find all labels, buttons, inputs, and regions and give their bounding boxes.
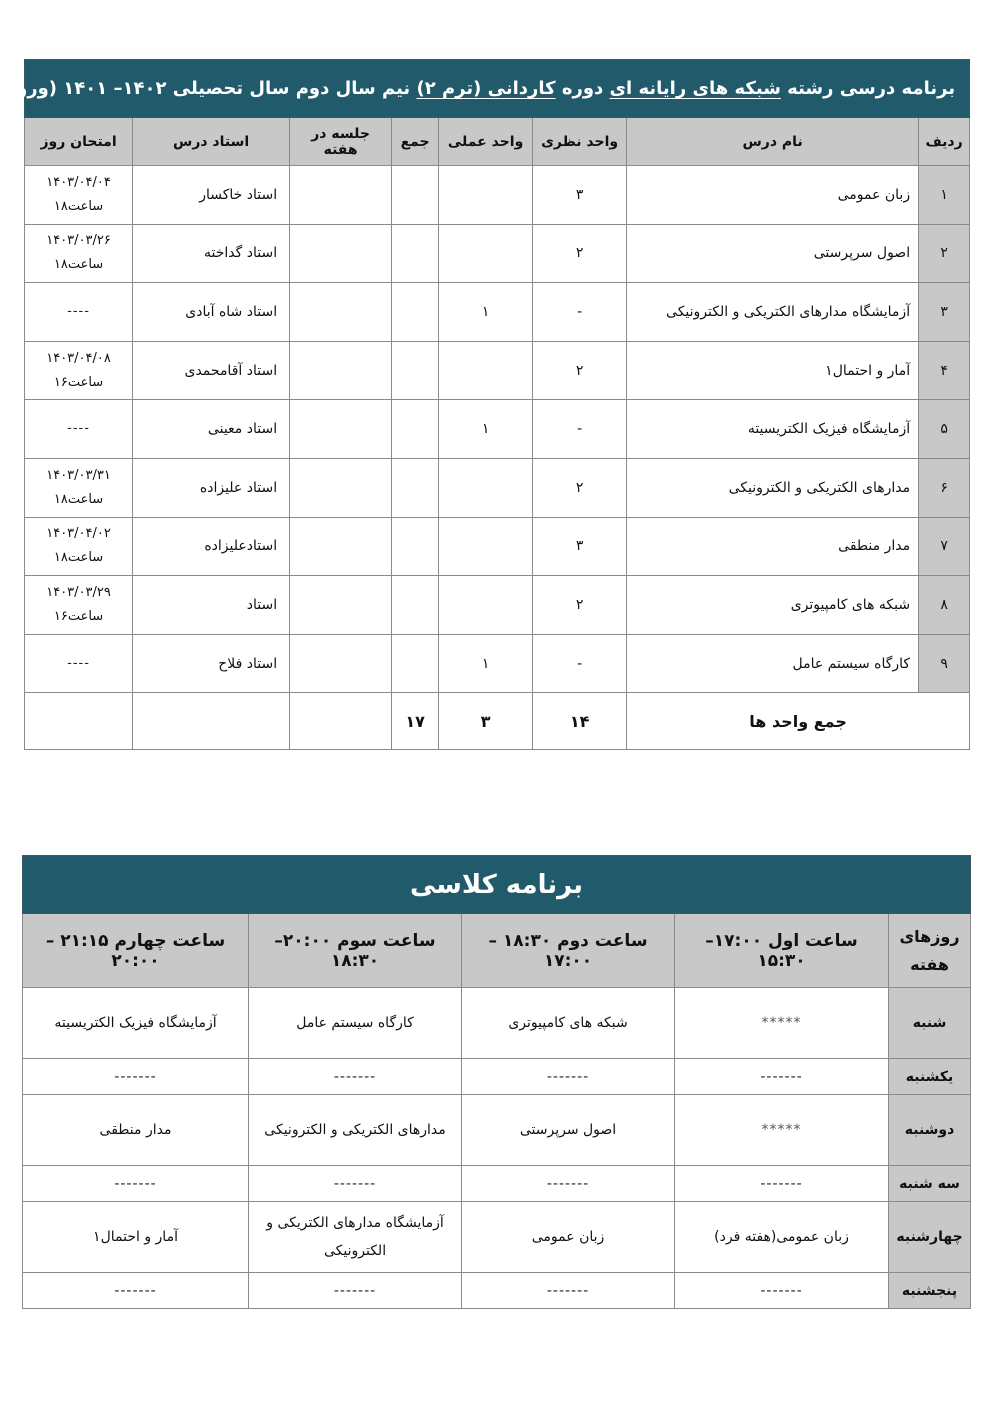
slot-cell: مدار منطقی	[23, 1095, 249, 1166]
exam-cell: ۱۴۰۳/۰۳/۲۹ساعت۱۶	[25, 576, 133, 635]
exam-date: ۱۴۰۳/۰۴/۰۴	[31, 171, 126, 195]
exam-date: ----	[31, 300, 126, 324]
sessions-per-week	[290, 400, 392, 459]
row-number: ۴	[919, 341, 970, 400]
header-theory-units: واحد نظری	[533, 118, 627, 166]
row-number: ۲	[919, 224, 970, 283]
practical-units	[439, 341, 533, 400]
exam-time: ساعت۱۸	[31, 546, 126, 570]
sessions-per-week	[290, 634, 392, 693]
row-number: ۸	[919, 576, 970, 635]
theory-units: ۲	[533, 576, 627, 635]
exam-time: ساعت۱۸	[31, 253, 126, 277]
header-slot-2: ساعت دوم ۱۸:۳۰ – ۱۷:۰۰	[462, 914, 675, 988]
row-number: ۵	[919, 400, 970, 459]
teacher-name: استاد معینی	[133, 400, 290, 459]
practical-units: ۱	[439, 634, 533, 693]
course-row: ۴ آمار و احتمال۱ ۲ استاد آقامحمدی ۱۴۰۳/۰…	[25, 341, 970, 400]
exam-date: ----	[31, 417, 126, 441]
course-name: مدار منطقی	[627, 517, 919, 576]
total-units	[392, 517, 439, 576]
teacher-name: استاد خاکسار	[133, 166, 290, 225]
practical-units	[439, 224, 533, 283]
course-row: ۱ زبان عمومی ۳ استاد خاکسار ۱۴۰۳/۰۴/۰۴سا…	[25, 166, 970, 225]
exam-cell: ۱۴۰۳/۰۴/۰۸ساعت۱۶	[25, 341, 133, 400]
course-row: ۲ اصول سرپرستی ۲ استاد گداخته ۱۴۰۳/۰۳/۲۶…	[25, 224, 970, 283]
course-name: کارگاه سیستم عامل	[627, 634, 919, 693]
course-row: ۶ مدارهای الکتریکی و الکترونیکی ۲ استاد …	[25, 458, 970, 517]
exam-time: ساعت۱۸	[31, 195, 126, 219]
slot-cell: -------	[249, 1166, 462, 1202]
theory-units: ۳	[533, 166, 627, 225]
slot-cell: شبکه های کامپیوتری	[462, 988, 675, 1059]
slot-cell: زبان عمومی	[462, 1202, 675, 1273]
exam-cell: ۱۴۰۳/۰۳/۲۶ساعت۱۸	[25, 224, 133, 283]
slot-cell: -------	[249, 1059, 462, 1095]
theory-units: ۲	[533, 224, 627, 283]
course-name: آزمایشگاه فیزیک الکتریسیته	[627, 400, 919, 459]
curriculum-title: برنامه درسی رشته شبکه های رایانه ای دوره…	[25, 60, 970, 118]
practical-units	[439, 458, 533, 517]
teacher-name: استادعلیزاده	[133, 517, 290, 576]
exam-date: ۱۴۰۳/۰۳/۳۱	[31, 464, 126, 488]
exam-cell: ۱۴۰۳/۰۳/۳۱ساعت۱۸	[25, 458, 133, 517]
theory-units: -	[533, 634, 627, 693]
course-row: ۹ کارگاه سیستم عامل - ۱ استاد فلاح ----	[25, 634, 970, 693]
slot-cell: -------	[462, 1166, 675, 1202]
exam-time: ساعت۱۸	[31, 488, 126, 512]
theory-units: -	[533, 400, 627, 459]
sessions-per-week	[290, 517, 392, 576]
theory-units: ۲	[533, 458, 627, 517]
total-units	[392, 400, 439, 459]
totals-row: جمع واحد ها ۱۴ ۳ ۱۷	[25, 693, 970, 750]
sessions-per-week	[290, 576, 392, 635]
header-slot-4: ساعت چهارم ۲۱:۱۵ – ۲۰:۰۰	[23, 914, 249, 988]
practical-units	[439, 576, 533, 635]
course-name: اصول سرپرستی	[627, 224, 919, 283]
slot-cell: -------	[249, 1273, 462, 1309]
course-name: زبان عمومی	[627, 166, 919, 225]
slot-cell: اصول سرپرستی	[462, 1095, 675, 1166]
total-units	[392, 166, 439, 225]
teacher-name: استاد شاه آبادی	[133, 283, 290, 342]
sessions-per-week	[290, 341, 392, 400]
day-label: دوشنبه	[889, 1095, 971, 1166]
header-sessions: جلسه در هفته	[290, 118, 392, 166]
teacher-name: استاد فلاح	[133, 634, 290, 693]
row-number: ۱	[919, 166, 970, 225]
slot-cell: *****	[675, 988, 889, 1059]
sessions-per-week	[290, 224, 392, 283]
theory-units: ۳	[533, 517, 627, 576]
exam-cell: ----	[25, 283, 133, 342]
header-exam: امتحان روز	[25, 118, 133, 166]
row-number: ۳	[919, 283, 970, 342]
teacher-name: استاد آقامحمدی	[133, 341, 290, 400]
totals-label: جمع واحد ها	[627, 693, 970, 750]
exam-cell: ----	[25, 400, 133, 459]
exam-cell: ۱۴۰۳/۰۴/۰۴ساعت۱۸	[25, 166, 133, 225]
exam-time: ساعت۱۶	[31, 605, 126, 629]
teacher-name: استاد گداخته	[133, 224, 290, 283]
theory-units: ۲	[533, 341, 627, 400]
schedule-row-tuesday: سه شنبه ------- ------- ------- -------	[23, 1166, 971, 1202]
course-name: مدارهای الکتریکی و الکترونیکی	[627, 458, 919, 517]
teacher-name: استاد علیزاده	[133, 458, 290, 517]
exam-date: ۱۴۰۳/۰۳/۲۶	[31, 229, 126, 253]
practical-units	[439, 517, 533, 576]
slot-cell: مدارهای الکتریکی و الکترونیکی	[249, 1095, 462, 1166]
header-practical-units: واحد عملی	[439, 118, 533, 166]
totals-total: ۱۷	[392, 693, 439, 750]
slot-cell: آزمایشگاه مدارهای الکتریکی و الکترونیکی	[249, 1202, 462, 1273]
curriculum-table: برنامه درسی رشته شبکه های رایانه ای دوره…	[24, 59, 970, 750]
course-name: آزمایشگاه مدارهای الکتریکی و الکترونیکی	[627, 283, 919, 342]
header-course-name: نام درس	[627, 118, 919, 166]
slot-cell: -------	[462, 1273, 675, 1309]
schedule-table: برنامه کلاسی روزهایهفته ساعت اول ۱۷:۰۰– …	[22, 855, 971, 1309]
sessions-per-week	[290, 458, 392, 517]
slot-cell: آزمایشگاه فیزیک الکتریسیته	[23, 988, 249, 1059]
course-row: ۳ آزمایشگاه مدارهای الکتریکی و الکترونیک…	[25, 283, 970, 342]
row-number: ۹	[919, 634, 970, 693]
exam-cell: ----	[25, 634, 133, 693]
header-weekdays: روزهایهفته	[889, 914, 971, 988]
exam-time: ساعت۱۶	[31, 371, 126, 395]
total-units	[392, 458, 439, 517]
slot-cell: -------	[675, 1059, 889, 1095]
slot-cell: زبان عمومی(هفته فرد)	[675, 1202, 889, 1273]
day-label: پنجشنبه	[889, 1273, 971, 1309]
slot-cell: کارگاه سیستم عامل	[249, 988, 462, 1059]
day-label: سه شنبه	[889, 1166, 971, 1202]
schedule-title: برنامه کلاسی	[23, 856, 971, 914]
exam-date: ۱۴۰۳/۰۴/۰۲	[31, 522, 126, 546]
header-total: جمع	[392, 118, 439, 166]
slot-cell: -------	[675, 1166, 889, 1202]
teacher-name: استاد	[133, 576, 290, 635]
slot-cell: *****	[675, 1095, 889, 1166]
course-row: ۵ آزمایشگاه فیزیک الکتریسیته - ۱ استاد م…	[25, 400, 970, 459]
row-number: ۶	[919, 458, 970, 517]
slot-cell: -------	[23, 1059, 249, 1095]
practical-units	[439, 166, 533, 225]
header-teacher: استاد درس	[133, 118, 290, 166]
slot-cell: -------	[675, 1273, 889, 1309]
exam-cell: ۱۴۰۳/۰۴/۰۲ساعت۱۸	[25, 517, 133, 576]
exam-date: ۱۴۰۳/۰۳/۲۹	[31, 581, 126, 605]
row-number: ۷	[919, 517, 970, 576]
schedule-row-monday: دوشنبه ***** اصول سرپرستی مدارهای الکتری…	[23, 1095, 971, 1166]
day-label: یکشنبه	[889, 1059, 971, 1095]
total-units	[392, 283, 439, 342]
curriculum-header-row: ردیف نام درس واحد نظری واحد عملی جمع جلس…	[25, 118, 970, 166]
header-slot-1: ساعت اول ۱۷:۰۰– ۱۵:۳۰	[675, 914, 889, 988]
slot-cell: آمار و احتمال۱	[23, 1202, 249, 1273]
schedule-row-sunday: یکشنبه ------- ------- ------- -------	[23, 1059, 971, 1095]
total-units	[392, 576, 439, 635]
day-label: چهارشنبه	[889, 1202, 971, 1273]
course-row: ۷ مدار منطقی ۳ استادعلیزاده ۱۴۰۳/۰۴/۰۲سا…	[25, 517, 970, 576]
slot-cell: -------	[462, 1059, 675, 1095]
course-name: آمار و احتمال۱	[627, 341, 919, 400]
schedule-header-row: روزهایهفته ساعت اول ۱۷:۰۰– ۱۵:۳۰ ساعت دو…	[23, 914, 971, 988]
exam-date: ----	[31, 652, 126, 676]
total-units	[392, 341, 439, 400]
header-slot-3: ساعت سوم ۲۰:۰۰– ۱۸:۳۰	[249, 914, 462, 988]
day-label: شنبه	[889, 988, 971, 1059]
course-row: ۸ شبکه های کامپیوتری ۲ استاد ۱۴۰۳/۰۳/۲۹س…	[25, 576, 970, 635]
sessions-per-week	[290, 283, 392, 342]
totals-sessions	[290, 693, 392, 750]
total-units	[392, 224, 439, 283]
totals-teacher	[133, 693, 290, 750]
theory-units: -	[533, 283, 627, 342]
header-row-number: ردیف	[919, 118, 970, 166]
exam-date: ۱۴۰۳/۰۴/۰۸	[31, 347, 126, 371]
course-name: شبکه های کامپیوتری	[627, 576, 919, 635]
schedule-row-saturday: شنبه ***** شبکه های کامپیوتری کارگاه سیس…	[23, 988, 971, 1059]
totals-theory: ۱۴	[533, 693, 627, 750]
total-units	[392, 634, 439, 693]
practical-units: ۱	[439, 283, 533, 342]
totals-exam	[25, 693, 133, 750]
slot-cell: -------	[23, 1273, 249, 1309]
sessions-per-week	[290, 166, 392, 225]
schedule-row-wednesday: چهارشنبه زبان عمومی(هفته فرد) زبان عمومی…	[23, 1202, 971, 1273]
schedule-row-thursday: پنجشنبه ------- ------- ------- -------	[23, 1273, 971, 1309]
practical-units: ۱	[439, 400, 533, 459]
totals-practical: ۳	[439, 693, 533, 750]
slot-cell: -------	[23, 1166, 249, 1202]
